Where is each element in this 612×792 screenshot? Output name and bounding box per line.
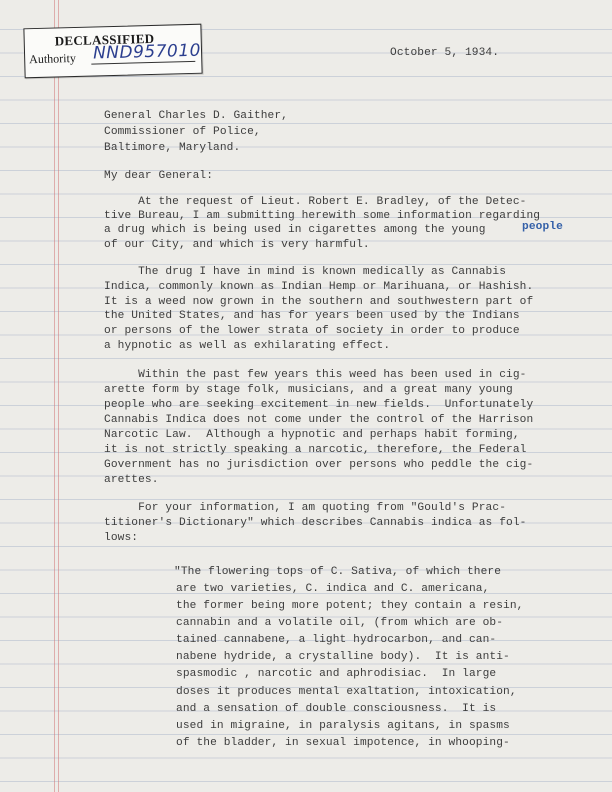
letter-page: DECLASSIFIED Authority NND957010 October…	[0, 0, 612, 792]
paragraph-line: of our City, and which is very harmful.	[104, 239, 370, 251]
letter-date: October 5, 1934.	[390, 47, 499, 59]
paragraph-line: it is not strictly speaking a narcotic, …	[104, 444, 526, 456]
paragraph-line: tive Bureau, I am submitting herewith so…	[104, 210, 540, 222]
paragraph-line: arette form by stage folk, musicians, an…	[104, 384, 513, 396]
paragraph-line: titioner's Dictionary" which describes C…	[104, 517, 526, 529]
quote-line: of the bladder, in sexual impotence, in …	[176, 737, 510, 749]
handwritten-insert: people	[522, 221, 563, 233]
quote-line: "The flowering tops of C. Sativa, of whi…	[174, 566, 501, 578]
paragraph-line: or persons of the lower strata of societ…	[104, 325, 520, 337]
paragraph-line: a drug which is being used in cigarettes…	[104, 224, 486, 236]
paragraph-line: At the request of Lieut. Robert E. Bradl…	[104, 196, 526, 208]
declassified-stamp: DECLASSIFIED Authority NND957010	[23, 24, 202, 79]
paragraph-line: Cannabis Indica does not come under the …	[104, 414, 533, 426]
paragraph-line: The drug I have in mind is known medical…	[104, 266, 506, 278]
paragraph-line: the United States, and has for years bee…	[104, 310, 520, 322]
quote-line: doses it produces mental exaltation, int…	[176, 686, 517, 698]
paragraph-line: people who are seeking excitement in new…	[104, 399, 533, 411]
addressee-line: General Charles D. Gaither,	[104, 110, 288, 122]
quote-line: the former being more potent; they conta…	[176, 600, 524, 612]
salutation: My dear General:	[104, 170, 213, 182]
paragraph-line: Indica, commonly known as Indian Hemp or…	[104, 281, 533, 293]
paragraph-line: Government has no jurisdiction over pers…	[104, 459, 533, 471]
stamp-authority-label: Authority	[29, 51, 76, 67]
quote-line: are two varieties, C. indica and C. amer…	[176, 583, 489, 595]
paragraph-line: arettes.	[104, 474, 159, 486]
quote-line: and a sensation of double consciousness.…	[176, 703, 496, 715]
quote-line: tained cannabene, a light hydrocarbon, a…	[176, 634, 496, 646]
stamp-authority-value: NND957010	[93, 41, 201, 64]
quote-line: cannabin and a volatile oil, (from which…	[176, 617, 503, 629]
paragraph-line: Within the past few years this weed has …	[104, 369, 526, 381]
quote-line: used in migraine, in paralysis agitans, …	[176, 720, 510, 732]
paragraph-line: Narcotic Law. Although a hypnotic and pe…	[104, 429, 520, 441]
paragraph-line: It is a weed now grown in the southern a…	[104, 296, 533, 308]
margin-rule	[54, 0, 55, 792]
addressee-line: Baltimore, Maryland.	[104, 142, 240, 154]
paragraph-line: For your information, I am quoting from …	[104, 502, 506, 514]
paragraph-line: a hypnotic as well as exhilarating effec…	[104, 340, 390, 352]
paragraph-line: lows:	[104, 532, 138, 544]
quote-line: spasmodic , narcotic and aphrodisiac. In…	[176, 668, 496, 680]
addressee-line: Commissioner of Police,	[104, 126, 261, 138]
quote-line: nabene hydride, a crystalline body). It …	[176, 651, 510, 663]
margin-rule	[58, 0, 59, 792]
